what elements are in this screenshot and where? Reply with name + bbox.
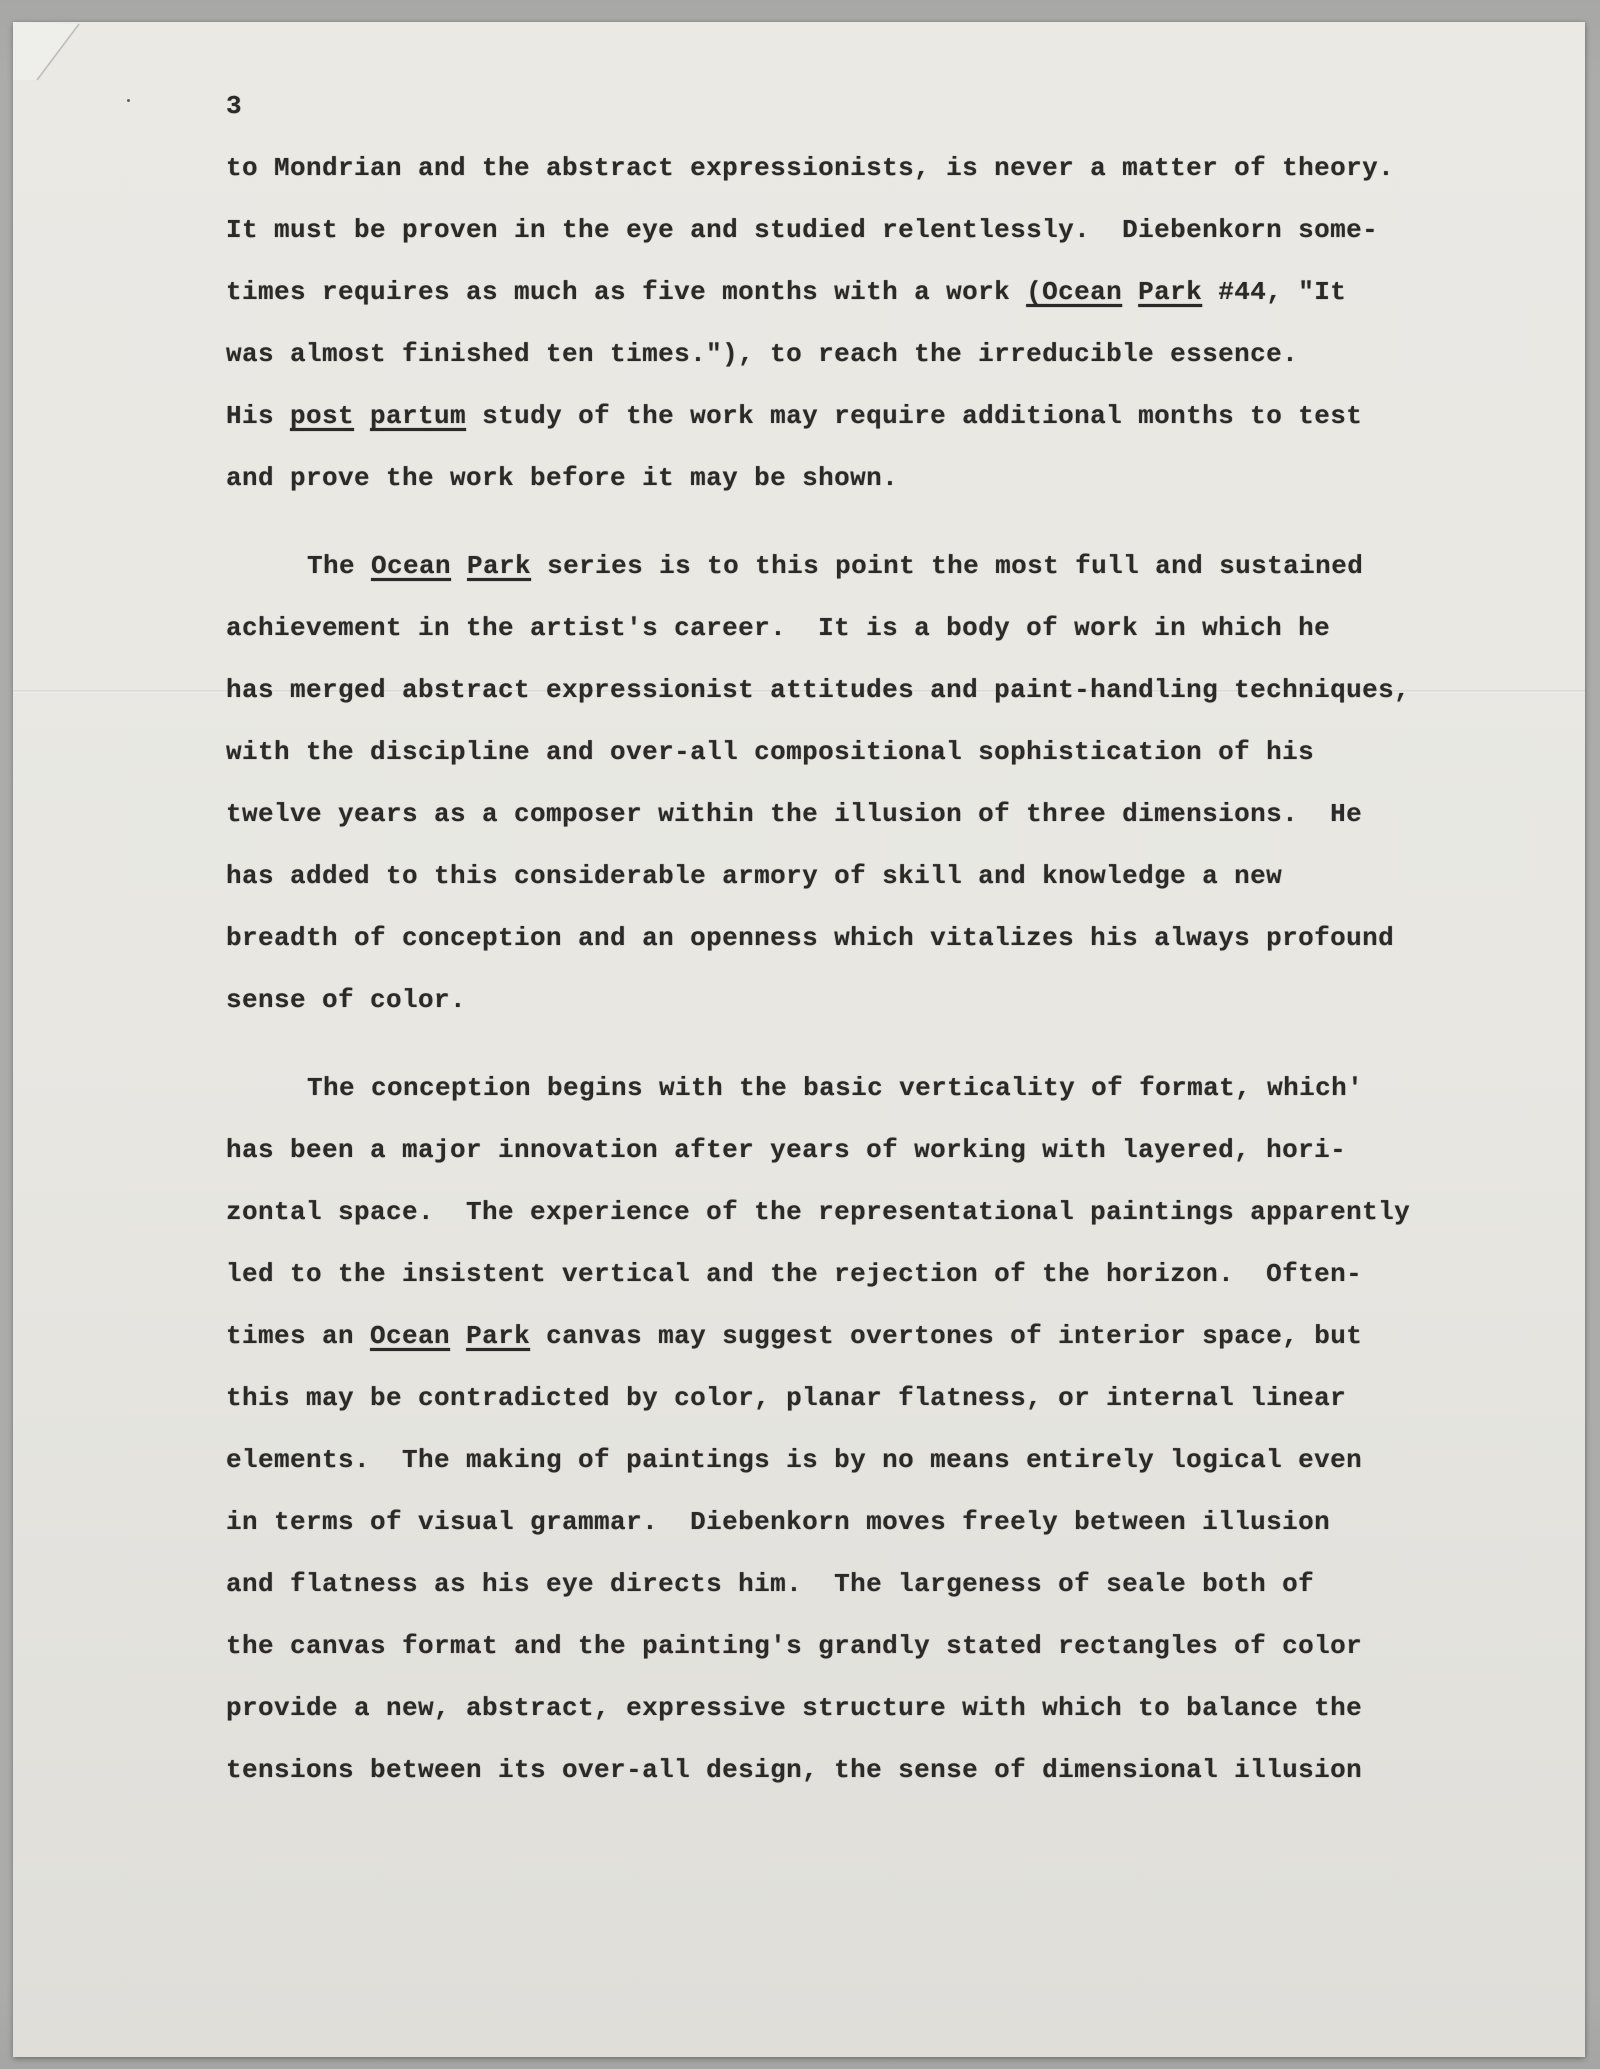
page-number: 3 [226,75,1525,137]
document-line: has added to this considerable armory of… [226,845,1525,907]
text-segment: and flatness as his eye directs him. The… [226,1569,1314,1599]
document-line: tensions between its over-all design, th… [226,1739,1525,1801]
text-segment: breadth of conception and an openness wh… [226,923,1394,953]
text-segment: It must be proven in the eye and studied… [226,215,1378,245]
document-line: has been a major innovation after years … [226,1119,1525,1181]
document-line: times requires as much as five months wi… [226,261,1525,323]
document-line: zontal space. The experience of the repr… [226,1181,1525,1243]
text-segment: provide a new, abstract, expressive stru… [226,1693,1362,1723]
text-segment [451,551,467,581]
document-line: with the discipline and over-all composi… [226,721,1525,783]
text-segment: twelve years as a composer within the il… [226,799,1362,829]
text-segment [1122,277,1138,307]
text-segment: achievement in the artist's career. It i… [226,613,1330,643]
text-segment: and prove the work before it may be show… [226,463,898,493]
document-line: and prove the work before it may be show… [226,447,1525,509]
text-segment: canvas may suggest overtones of interior… [530,1321,1362,1351]
underlined-text: Park [1138,277,1202,307]
document-line: the canvas format and the painting's gra… [226,1615,1525,1677]
text-segment [450,1321,466,1351]
document-line: times an Ocean Park canvas may suggest o… [226,1305,1525,1367]
document-body: to Mondrian and the abstract expressioni… [226,137,1525,1801]
text-segment: #44, "It [1202,277,1346,307]
text-segment: times an [226,1321,370,1351]
document-line: has merged abstract expressionist attitu… [226,659,1525,721]
underlined-text: Park [466,1321,530,1351]
text-segment: series is to this point the most full an… [531,551,1363,581]
underlined-text: Ocean [371,551,451,581]
document-line: It must be proven in the eye and studied… [226,199,1525,261]
text-segment: led to the insistent vertical and the re… [226,1259,1362,1289]
document-line: was almost finished ten times."), to rea… [226,323,1525,385]
underlined-text: (Ocean [1026,277,1122,307]
text-segment: has merged abstract expressionist attitu… [226,675,1410,705]
document-line: The conception begins with the basic ver… [226,1057,1525,1119]
text-segment: His [226,401,290,431]
text-segment: times requires as much as five months wi… [226,277,1026,307]
underlined-text: partum [370,401,466,431]
text-segment: sense of color. [226,985,466,1015]
text-segment: with the discipline and over-all composi… [226,737,1314,767]
text-segment: The [307,551,371,581]
text-segment: in terms of visual grammar. Diebenkorn m… [226,1507,1330,1537]
text-segment: has added to this considerable armory of… [226,861,1282,891]
document-page: 3 to Mondrian and the abstract expressio… [13,22,1585,2057]
text-segment: has been a major innovation after years … [226,1135,1346,1165]
document-line: sense of color. [226,969,1525,1031]
text-segment: elements. The making of paintings is by … [226,1445,1362,1475]
document-line: elements. The making of paintings is by … [226,1429,1525,1491]
document-line: breadth of conception and an openness wh… [226,907,1525,969]
text-segment: tensions between its over-all design, th… [226,1755,1362,1785]
document-line: led to the insistent vertical and the re… [226,1243,1525,1305]
text-segment: to Mondrian and the abstract expressioni… [226,153,1394,183]
document-line: His post partum study of the work may re… [226,385,1525,447]
document-line: The Ocean Park series is to this point t… [226,535,1525,597]
text-segment: was almost finished ten times."), to rea… [226,339,1298,369]
text-segment: study of the work may require additional… [466,401,1362,431]
underlined-text: Ocean [370,1321,450,1351]
paragraph: The conception begins with the basic ver… [226,1057,1525,1801]
text-segment [354,401,370,431]
document-line: achievement in the artist's career. It i… [226,597,1525,659]
paragraph: to Mondrian and the abstract expressioni… [226,137,1525,509]
text-segment: The conception begins with the basic ver… [307,1073,1363,1103]
document-line: twelve years as a composer within the il… [226,783,1525,845]
document-line: this may be contradicted by color, plana… [226,1367,1525,1429]
document-line: to Mondrian and the abstract expressioni… [226,137,1525,199]
document-line: in terms of visual grammar. Diebenkorn m… [226,1491,1525,1553]
text-segment: zontal space. The experience of the repr… [226,1197,1410,1227]
text-segment: this may be contradicted by color, plana… [226,1383,1346,1413]
document-content: 3 to Mondrian and the abstract expressio… [13,22,1585,2057]
paragraph: The Ocean Park series is to this point t… [226,535,1525,1031]
document-line: and flatness as his eye directs him. The… [226,1553,1525,1615]
scan-background: 3 to Mondrian and the abstract expressio… [0,0,1600,2069]
document-line: provide a new, abstract, expressive stru… [226,1677,1525,1739]
underlined-text: Park [467,551,531,581]
underlined-text: post [290,401,354,431]
text-segment: the canvas format and the painting's gra… [226,1631,1362,1661]
